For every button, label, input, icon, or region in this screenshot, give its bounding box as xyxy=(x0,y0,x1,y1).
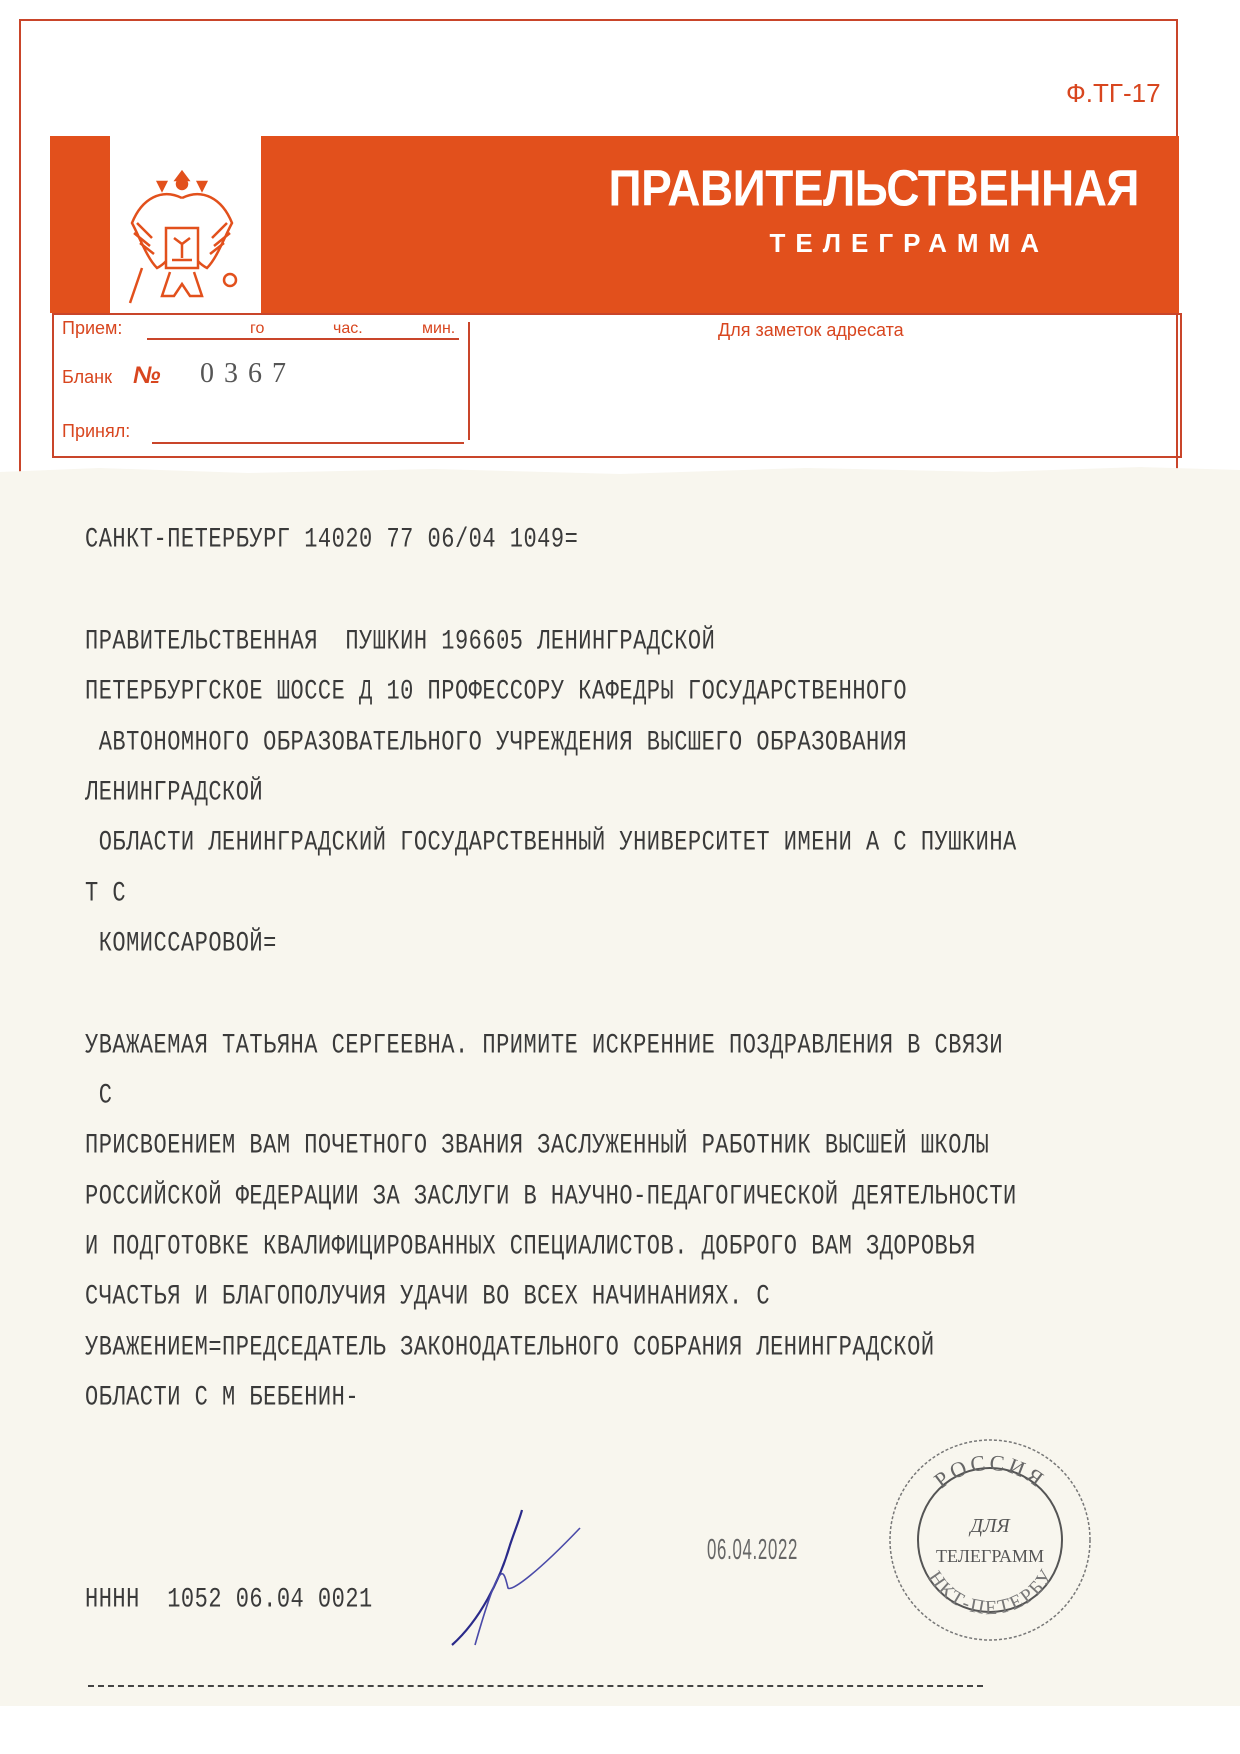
svg-text:САНКТ-ПЕТЕРБУРГ: САНКТ-ПЕТЕРБУРГ xyxy=(880,1430,1058,1619)
reception-line xyxy=(147,338,459,340)
form-code: Ф.ТГ-17 xyxy=(1066,78,1161,109)
russian-coat-of-arms-icon xyxy=(122,168,242,320)
banner-title: ПРАВИТЕЛЬСТВЕННАЯ xyxy=(609,158,1139,217)
reception-hour-label: час. xyxy=(333,320,363,338)
body-line: И ПОДГОТОВКЕ КВАЛИФИЦИРОВАННЫХ СПЕЦИАЛИС… xyxy=(85,1231,976,1262)
svg-text:ДЛЯ: ДЛЯ xyxy=(968,1515,1011,1537)
blank-number: 0367 xyxy=(200,358,296,390)
telegram-header-line: САНКТ-ПЕТЕРБУРГ 14020 77 06/04 1049= xyxy=(85,524,578,555)
banner-subtitle: ТЕЛЕГРАММА xyxy=(770,228,1049,259)
body-line: ОБЛАСТИ С М БЕБЕНИН- xyxy=(85,1382,359,1413)
round-seal-icon: РОССИЯ САНКТ-ПЕТЕРБУРГ ДЛЯ ТЕЛЕГРАММ xyxy=(880,1430,1100,1650)
address-line: ПРАВИТЕЛЬСТВЕННАЯ ПУШКИН 196605 ЛЕНИНГРА… xyxy=(85,626,715,657)
banner-left-block xyxy=(50,136,110,313)
address-line: ЛЕНИНГРАДСКОЙ xyxy=(85,777,263,808)
telegram-footer-line: НННН 1052 06.04 0021 xyxy=(85,1584,373,1615)
svg-text:РОССИЯ: РОССИЯ xyxy=(929,1450,1050,1493)
body-line: РОССИЙСКОЙ ФЕДЕРАЦИИ ЗА ЗАСЛУГИ В НАУЧНО… xyxy=(85,1181,1017,1212)
address-line: ПЕТЕРБУРГСКОЕ ШОССЕ Д 10 ПРОФЕССОРУ КАФЕ… xyxy=(85,676,907,707)
reception-label: Прием: xyxy=(62,318,122,339)
blank-label: Бланк xyxy=(62,367,112,388)
address-line: АВТОНОМНОГО ОБРАЗОВАТЕЛЬНОГО УЧРЕЖДЕНИЯ … xyxy=(85,727,907,758)
body-line: УВАЖЕНИЕМ=ПРЕДСЕДАТЕЛЬ ЗАКОНОДАТЕЛЬНОГО … xyxy=(85,1332,935,1363)
body-line: ПРИСВОЕНИЕМ ВАМ ПОЧЕТНОГО ЗВАНИЯ ЗАСЛУЖЕ… xyxy=(85,1130,989,1161)
blank-number-sign: № xyxy=(133,362,161,390)
handwritten-signature-icon xyxy=(440,1500,640,1660)
accepted-label: Принял: xyxy=(62,421,130,442)
reception-box-divider xyxy=(468,322,470,440)
reception-day-suffix: го xyxy=(250,320,264,338)
body-line: СЧАСТЬЯ И БЛАГОПОЛУЧИЯ УДАЧИ ВО ВСЕХ НАЧ… xyxy=(85,1281,770,1312)
tape-perforation-line xyxy=(88,1685,983,1687)
body-line: УВАЖАЕМАЯ ТАТЬЯНА СЕРГЕЕВНА. ПРИМИТЕ ИСК… xyxy=(85,1030,1003,1061)
address-line: Т С xyxy=(85,878,126,909)
svg-text:ТЕЛЕГРАММ: ТЕЛЕГРАММ xyxy=(936,1546,1044,1566)
body-line: С xyxy=(85,1080,112,1111)
accepted-line xyxy=(152,442,464,444)
government-telegram-banner: ПРАВИТЕЛЬСТВЕННАЯ ТЕЛЕГРАММА xyxy=(261,136,1179,313)
notes-label: Для заметок адресата xyxy=(718,320,904,341)
address-line: КОМИССАРОВОЙ= xyxy=(85,928,277,959)
reception-min-label: мин. xyxy=(422,320,455,338)
date-stamp: 06.04.2022 xyxy=(707,1534,798,1568)
address-line: ОБЛАСТИ ЛЕНИНГРАДСКИЙ ГОСУДАРСТВЕННЫЙ УН… xyxy=(85,827,1017,858)
